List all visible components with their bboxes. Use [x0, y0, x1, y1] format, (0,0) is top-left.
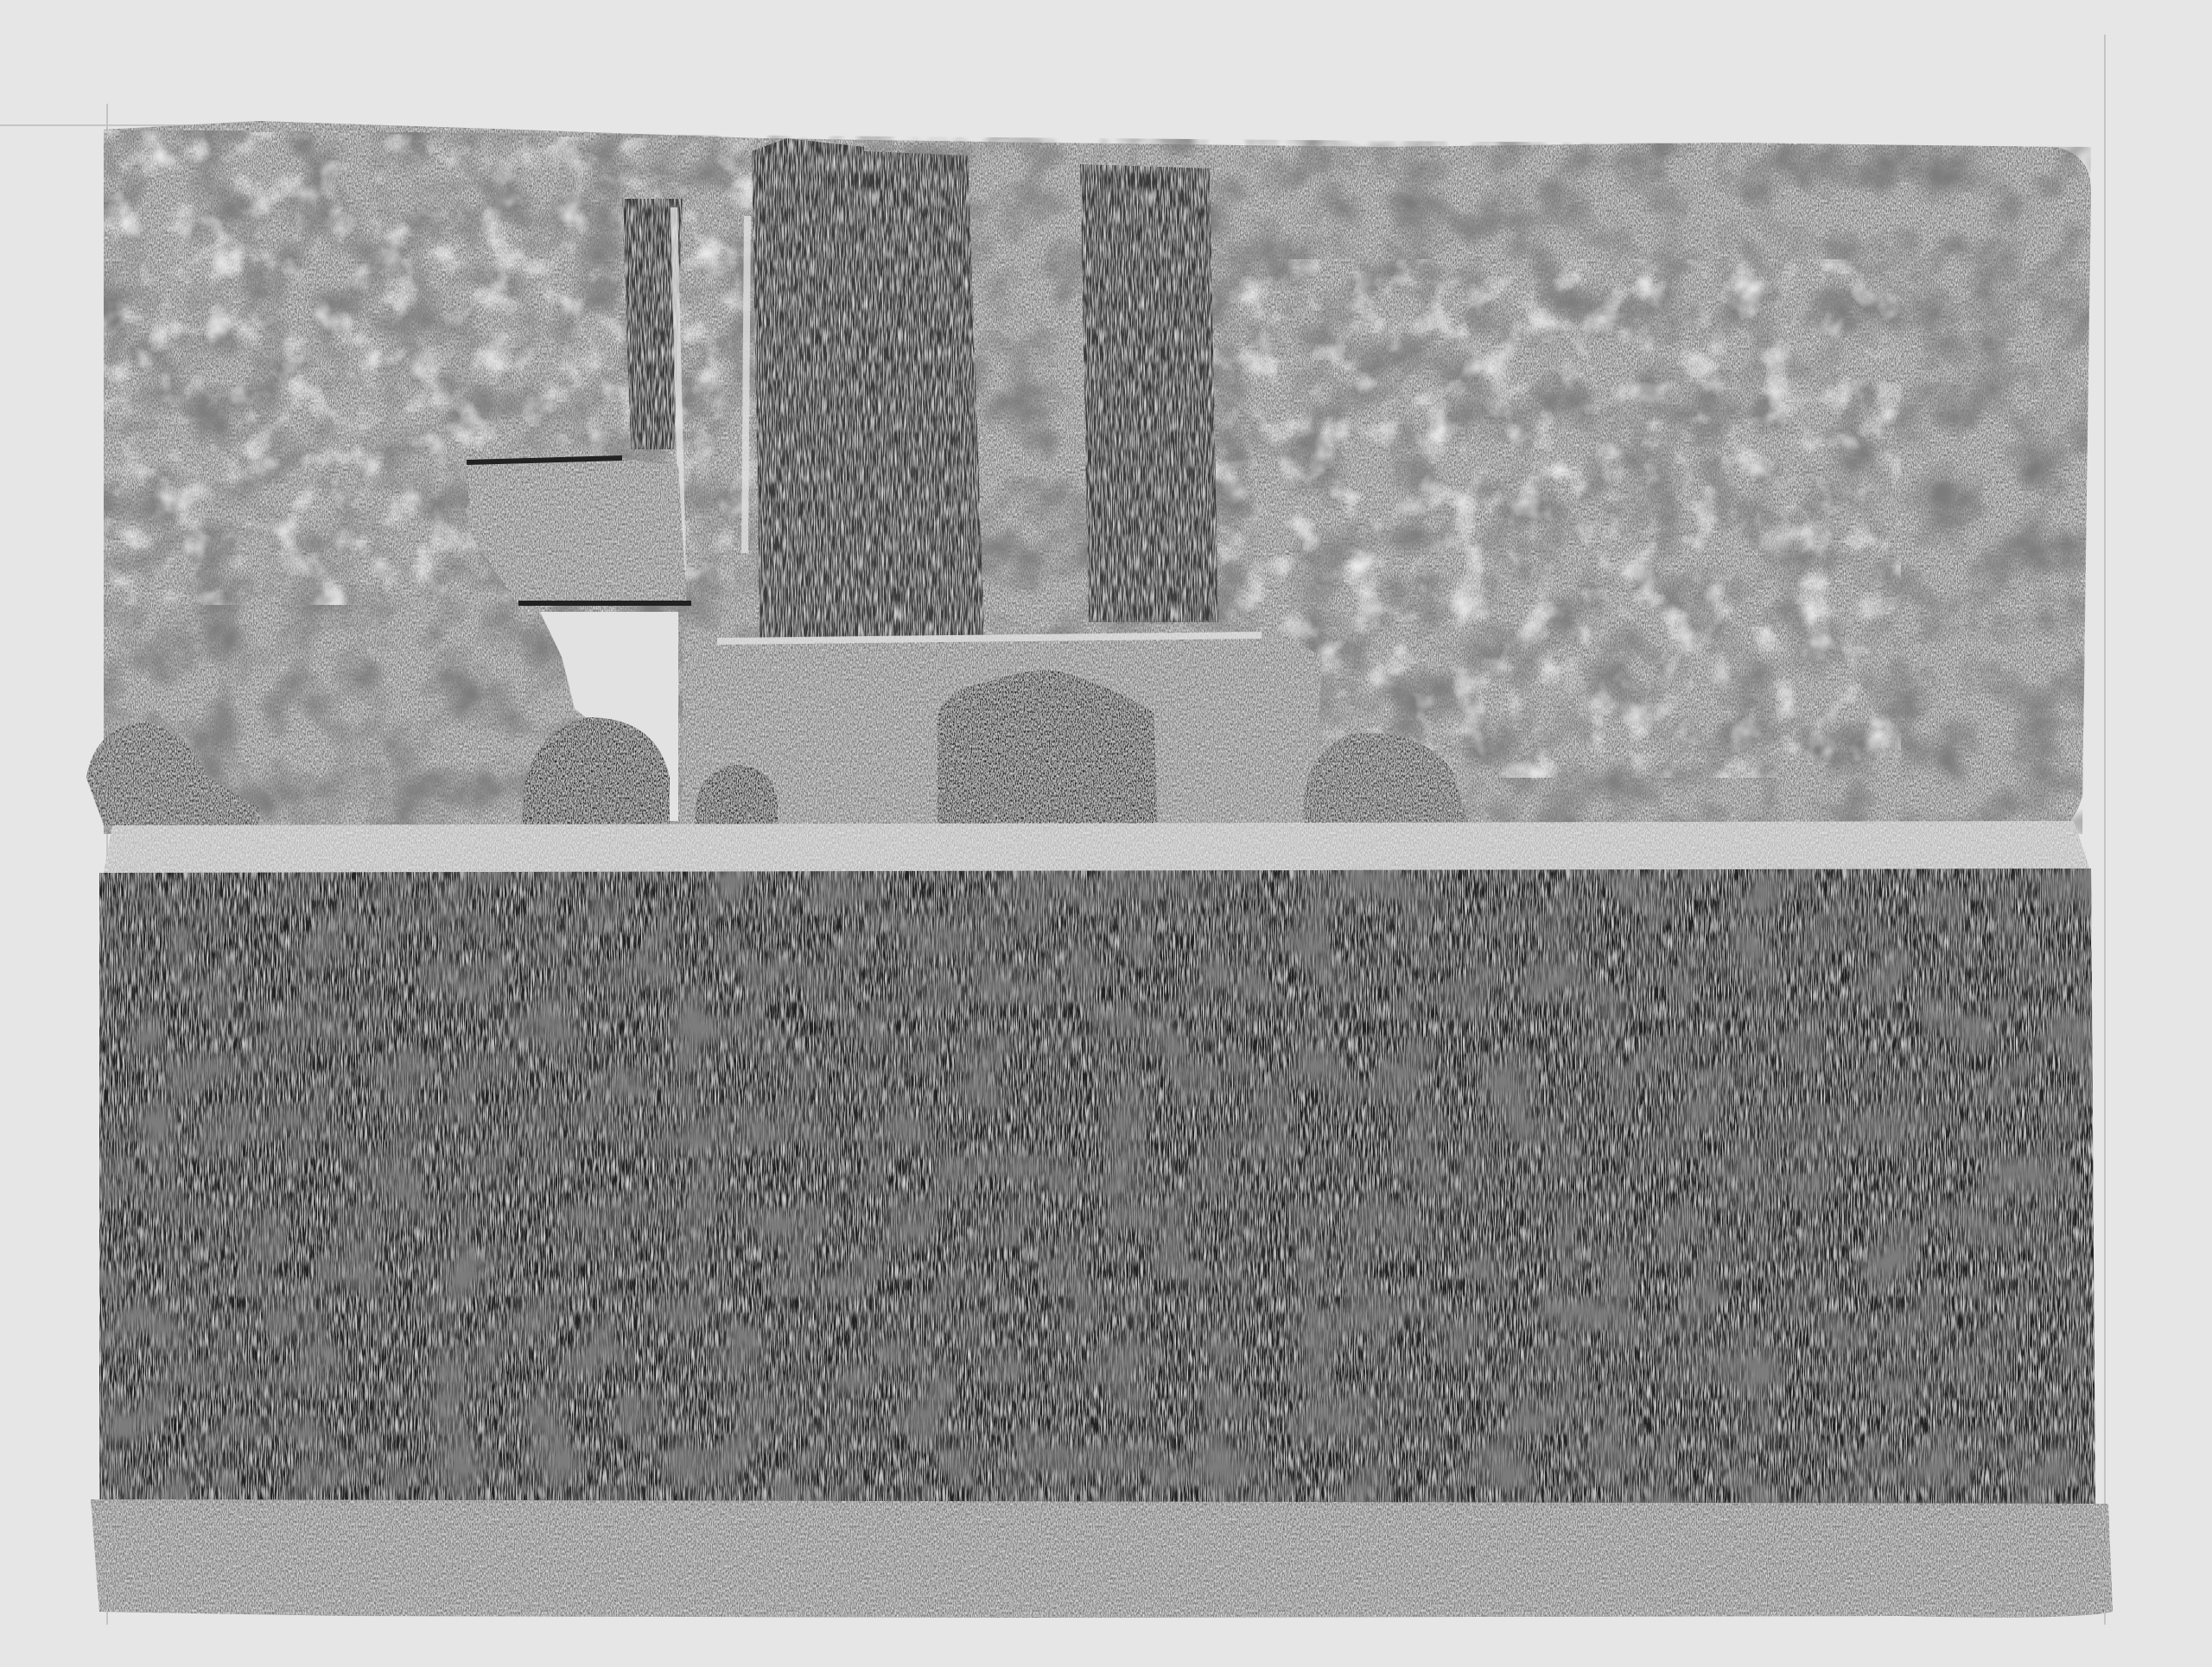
foreground-lawn: [91, 1499, 2113, 1618]
pencil-drawing: [0, 0, 2212, 1667]
sunlit-lawn-strip: [104, 821, 2091, 873]
paper-sheet: [0, 0, 2212, 1667]
foreground-tall-hedge: [99, 868, 2095, 1508]
